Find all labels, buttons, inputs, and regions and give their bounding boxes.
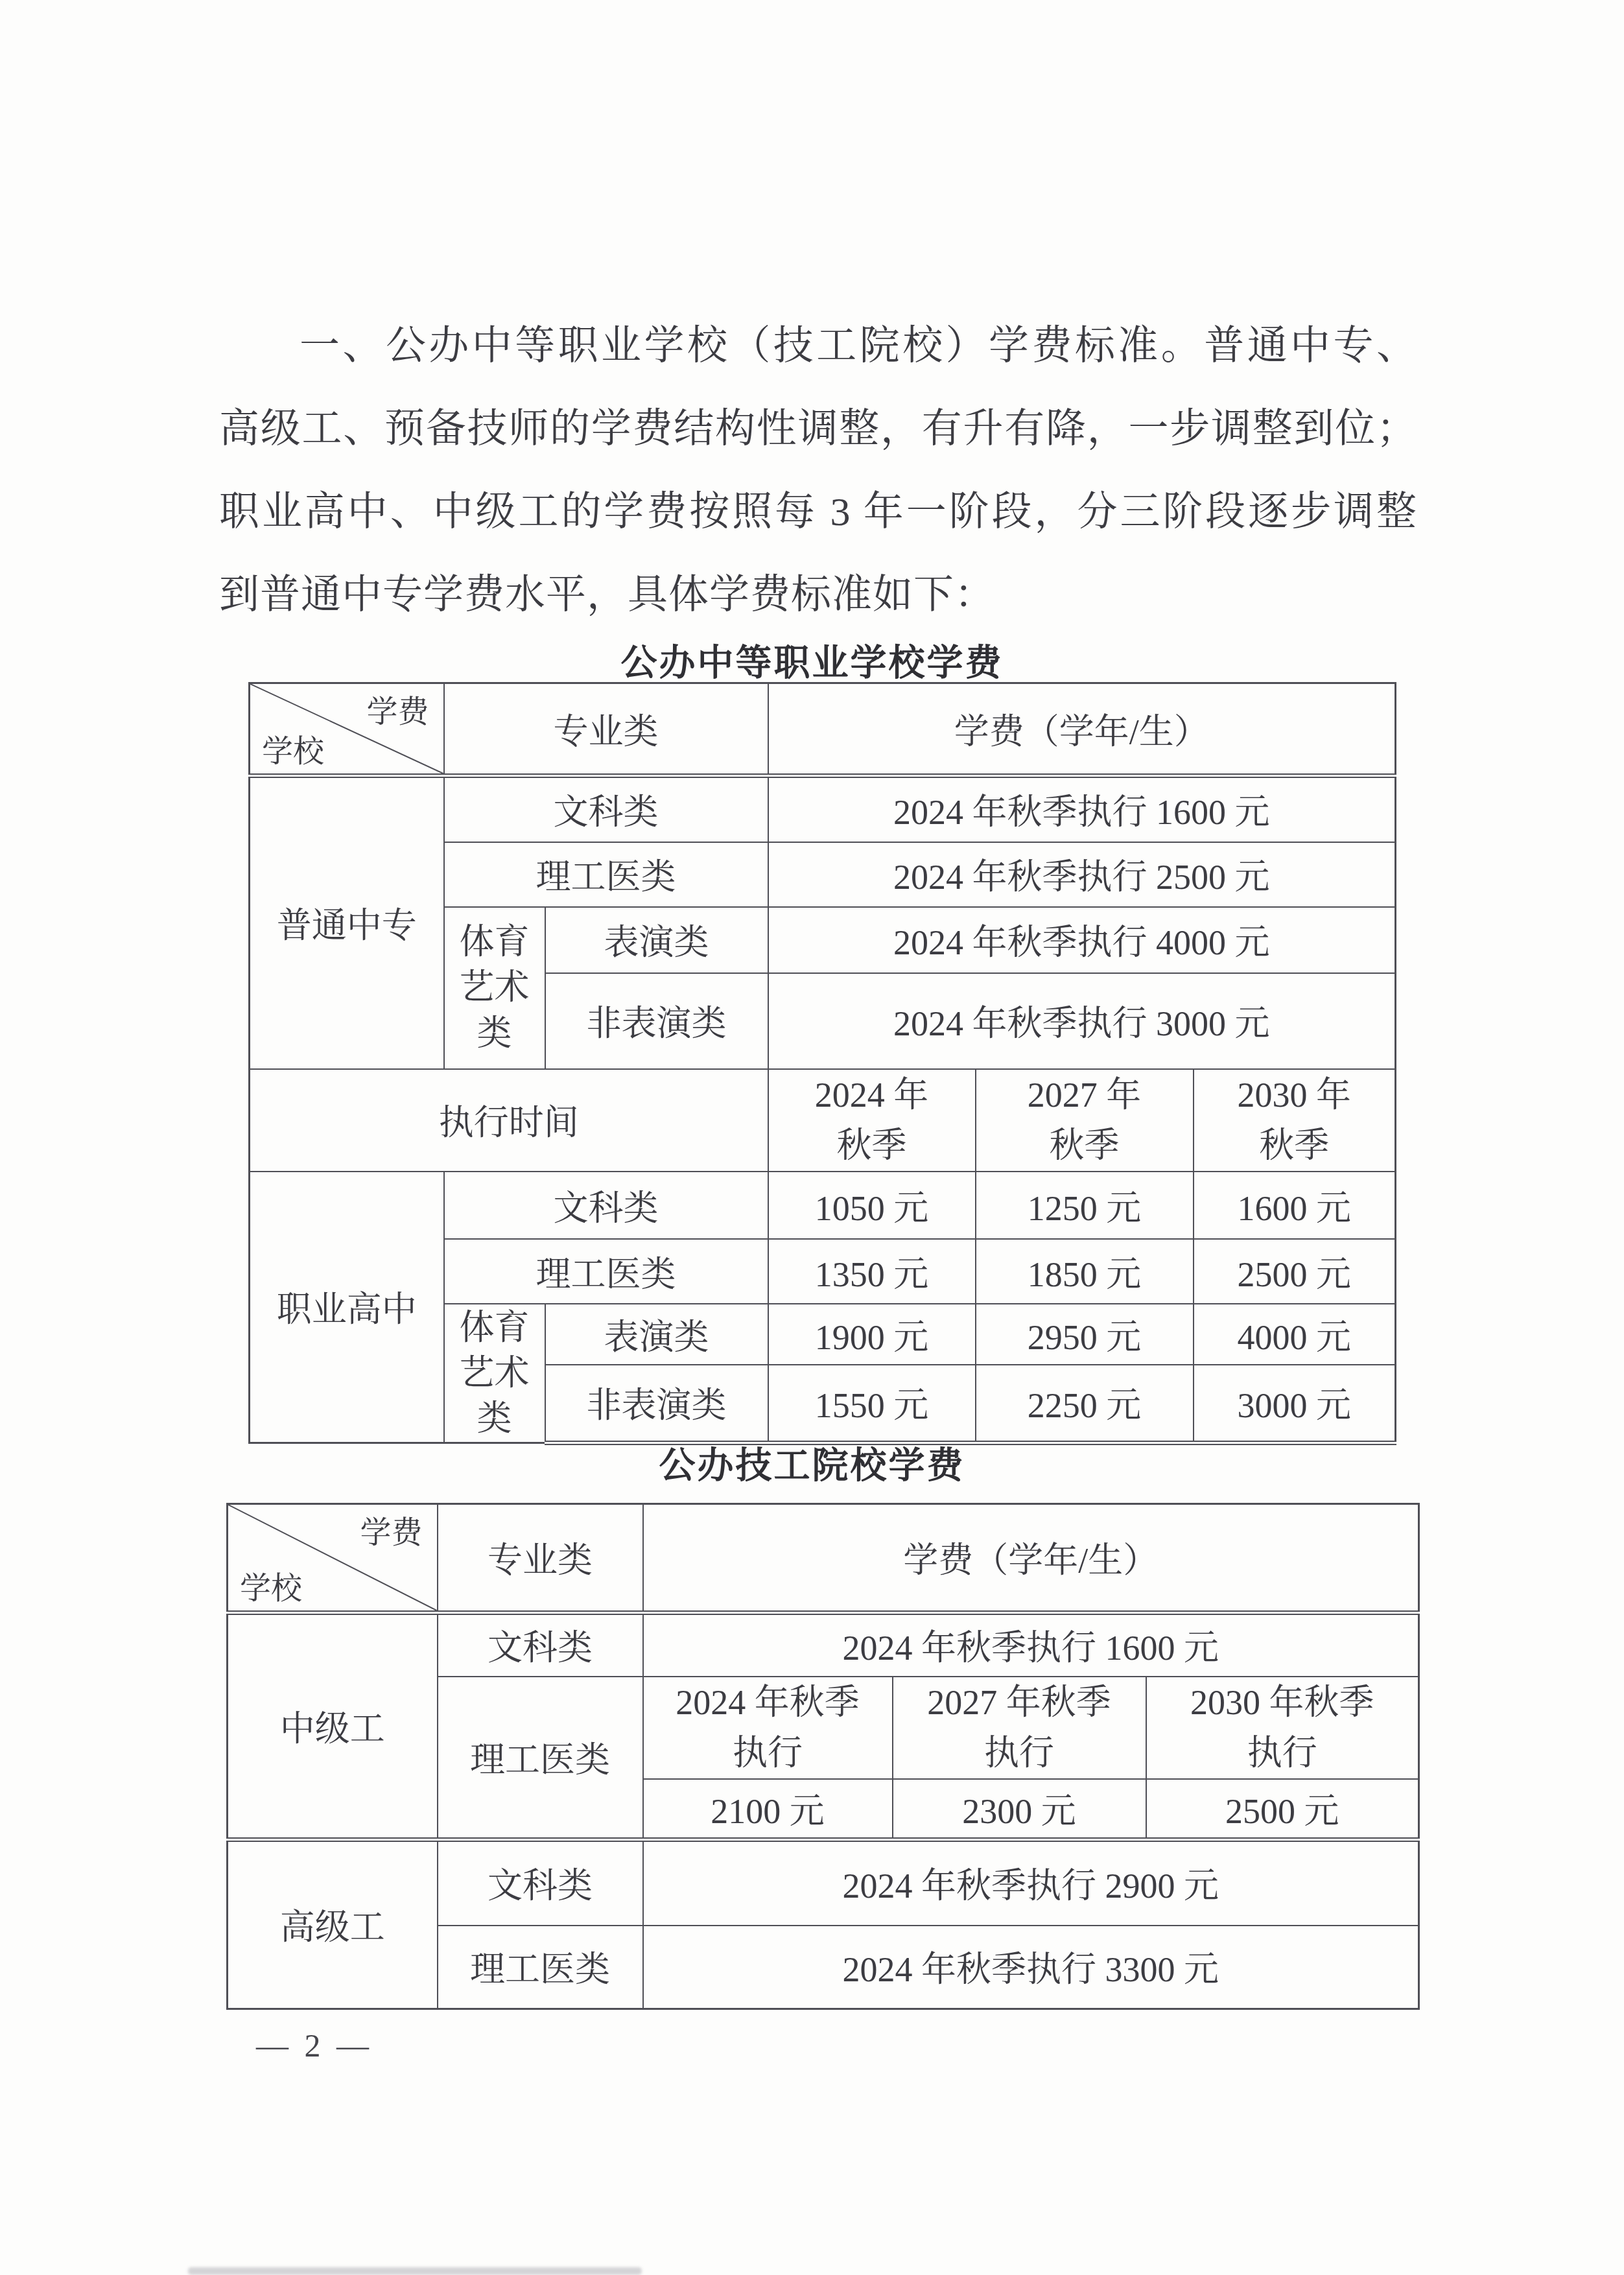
scan-artifact — [188, 2267, 642, 2275]
major-ligongyi: 理工医类 — [444, 1239, 768, 1304]
paragraph-line: 高级工、预备技师的学费结构性调整，有升有降，一步调整到位； — [219, 388, 1417, 471]
major-wenke: 文科类 — [444, 1172, 768, 1239]
corner-label-fee: 学费 — [366, 687, 429, 731]
exec-year-2030: 2030 年 秋季 — [1194, 1069, 1396, 1172]
exec-year-2024: 2024 年 秋季 — [768, 1069, 976, 1172]
fee-value: 2024 年秋季执行 3000 元 — [768, 973, 1396, 1069]
major-ligongyi: 理工医类 — [438, 1677, 643, 1840]
paragraph-line: 到普通中专学费水平，具体学费标准如下： — [219, 554, 1417, 637]
major-sport-art: 体育艺术类 — [444, 1304, 545, 1443]
fee-value: 2024 年秋季执行 1600 元 — [768, 776, 1396, 842]
major-wenke: 文科类 — [438, 1839, 643, 1926]
fee-value: 1850 元 — [976, 1239, 1194, 1304]
school-zhiyegaozhong: 职业高中 — [250, 1172, 444, 1443]
major-wenke: 文科类 — [438, 1613, 643, 1677]
secondary-vocational-tuition-table: 学费 学校 专业类 学费（学年/生） 普通中专 文科类 2024 年秋季执行 1… — [248, 682, 1396, 1445]
corner-header-cell: 学费 学校 — [250, 683, 444, 776]
fee-value: 1250 元 — [976, 1172, 1194, 1239]
corner-header-cell: 学费 学校 — [228, 1504, 438, 1613]
fee-exec-header-2027: 2027 年秋季 执行 — [893, 1677, 1146, 1780]
fee-value: 2300 元 — [893, 1779, 1146, 1839]
fee-value: 1900 元 — [768, 1304, 976, 1365]
fee-value: 2500 元 — [1194, 1239, 1396, 1304]
paragraph-line: 职业高中、中级工的学费按照每 3 年一阶段，分三阶段逐步调整 — [219, 471, 1417, 554]
fee-value: 2024 年秋季执行 3300 元 — [643, 1926, 1419, 2009]
fee-value: 2024 年秋季执行 2900 元 — [643, 1839, 1419, 1926]
exec-time-row: 执行时间 2024 年 秋季 2027 年 秋季 2030 年 秋季 — [250, 1069, 1396, 1172]
header-major-category: 专业类 — [444, 683, 768, 776]
major-feibiaoyan: 非表演类 — [545, 1365, 768, 1443]
table-header-row: 学费 学校 专业类 学费（学年/生） — [228, 1504, 1419, 1613]
corner-label-school: 学校 — [240, 1563, 302, 1608]
fee-value: 1050 元 — [768, 1172, 976, 1239]
technical-college-tuition-table: 学费 学校 专业类 学费（学年/生） 中级工 文科类 2024 年秋季执行 16… — [226, 1503, 1420, 2010]
corner-label-fee: 学费 — [360, 1507, 422, 1552]
table-row: 高级工 文科类 2024 年秋季执行 2900 元 — [228, 1839, 1419, 1926]
fee-value: 2500 元 — [1146, 1779, 1419, 1839]
page-number: — 2 — — [256, 2027, 373, 2064]
major-ligongyi: 理工医类 — [444, 842, 768, 907]
school-zhongjigong: 中级工 — [228, 1613, 438, 1840]
fee-exec-header-2030: 2030 年秋季 执行 — [1146, 1677, 1419, 1780]
fee-value: 4000 元 — [1194, 1304, 1396, 1365]
table-row: 普通中专 文科类 2024 年秋季执行 1600 元 — [250, 776, 1396, 842]
header-fee: 学费（学年/生） — [768, 683, 1396, 776]
major-wenke: 文科类 — [444, 776, 768, 842]
table1-title: 公办中等职业学校学费 — [0, 634, 1624, 686]
major-feibiaoyan: 非表演类 — [545, 973, 768, 1069]
major-biaoyan: 表演类 — [545, 1304, 768, 1365]
table-row: 职业高中 文科类 1050 元 1250 元 1600 元 — [250, 1172, 1396, 1239]
major-sport-art: 体育艺术类 — [444, 907, 545, 1069]
fee-exec-header-2024: 2024 年秋季 执行 — [643, 1677, 893, 1780]
header-fee: 学费（学年/生） — [643, 1504, 1419, 1613]
major-biaoyan: 表演类 — [545, 907, 768, 973]
fee-value: 1350 元 — [768, 1239, 976, 1304]
exec-time-label: 执行时间 — [250, 1069, 768, 1172]
table-row: 中级工 文科类 2024 年秋季执行 1600 元 — [228, 1613, 1419, 1677]
header-major-category: 专业类 — [438, 1504, 643, 1613]
corner-label-school: 学校 — [262, 726, 324, 771]
major-ligongyi: 理工医类 — [438, 1926, 643, 2009]
table2-title: 公办技工院校学费 — [0, 1437, 1624, 1489]
fee-value: 2024 年秋季执行 2500 元 — [768, 842, 1396, 907]
exec-year-2027: 2027 年 秋季 — [976, 1069, 1194, 1172]
fee-value: 1600 元 — [1194, 1172, 1396, 1239]
fee-value: 2024 年秋季执行 1600 元 — [643, 1613, 1419, 1677]
fee-value: 3000 元 — [1194, 1365, 1396, 1443]
fee-value: 2100 元 — [643, 1779, 893, 1839]
body-paragraph: 一、公办中等职业学校（技工院校）学费标准。普通中专、 高级工、预备技师的学费结构… — [219, 305, 1417, 637]
fee-value: 2250 元 — [976, 1365, 1194, 1443]
fee-value: 1550 元 — [768, 1365, 976, 1443]
school-putongzhongzhuan: 普通中专 — [250, 776, 444, 1069]
paragraph-line: 一、公办中等职业学校（技工院校）学费标准。普通中专、 — [219, 305, 1417, 388]
fee-value: 2950 元 — [976, 1304, 1194, 1365]
table-header-row: 学费 学校 专业类 学费（学年/生） — [250, 683, 1396, 776]
school-gaojigong: 高级工 — [228, 1839, 438, 2009]
fee-value: 2024 年秋季执行 4000 元 — [768, 907, 1396, 973]
